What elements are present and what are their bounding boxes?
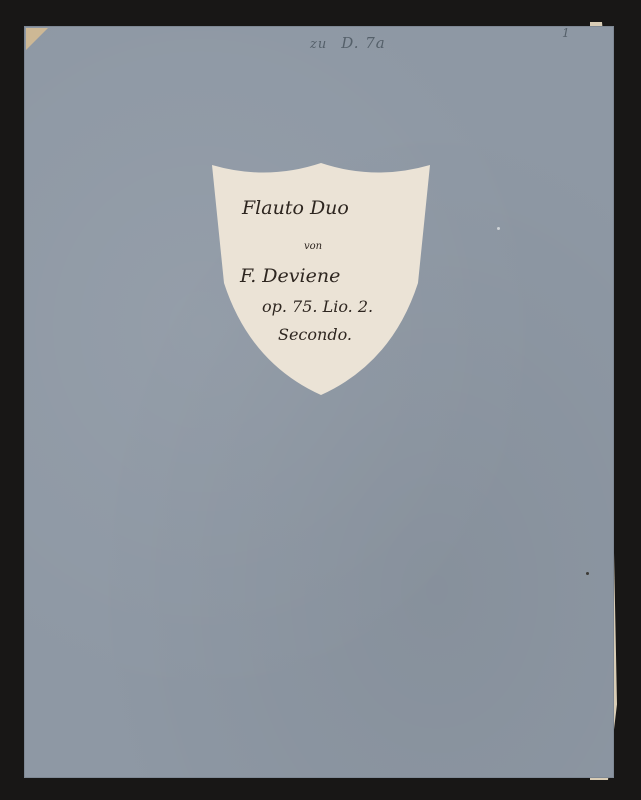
label-inscription: Flauto Duo von F. Deviene op. 75. Lio. 2… xyxy=(212,163,430,395)
paper-speck xyxy=(497,227,500,230)
paper-speck xyxy=(586,572,589,575)
part-line: Secondo. xyxy=(278,325,352,344)
pencil-page-number: 1 xyxy=(562,26,570,40)
manuscript-cover xyxy=(24,26,614,778)
title-line: Flauto Duo xyxy=(242,197,349,219)
von-line: von xyxy=(304,241,322,252)
shelfmark-value: D. 7a xyxy=(341,34,386,52)
pencil-shelfmark: zuD. 7a xyxy=(310,34,386,52)
opus-line: op. 75. Lio. 2. xyxy=(262,297,373,316)
shelfmark-prefix: zu xyxy=(310,37,327,52)
composer-line: F. Deviene xyxy=(240,265,340,287)
